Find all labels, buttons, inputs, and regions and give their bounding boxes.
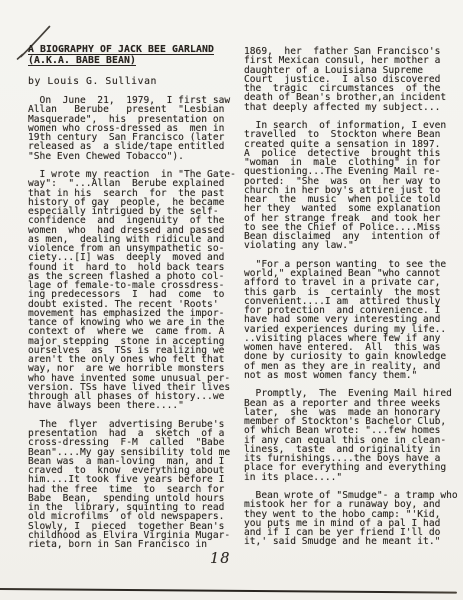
page-number: 18 (210, 551, 230, 567)
scan-edge-line (0, 588, 457, 594)
document-title-line1: A BIOGRAPHY OF JACK BEE GARLAND (28, 44, 214, 55)
scanned-page: A BIOGRAPHY OF JACK BEE GARLAND(A.K.A. B… (0, 0, 463, 600)
byline: by Louis G. Sullivan (28, 76, 157, 87)
text-column-left: On June 21, 1979, I first saw Allan Beru… (28, 96, 236, 549)
text-column-right: 1869, her father San Francisco's first M… (244, 47, 458, 547)
document-title-line2: (A.K.A. BABE BEAN) (28, 55, 136, 66)
document-title: A BIOGRAPHY OF JACK BEE GARLAND(A.K.A. B… (28, 45, 214, 66)
